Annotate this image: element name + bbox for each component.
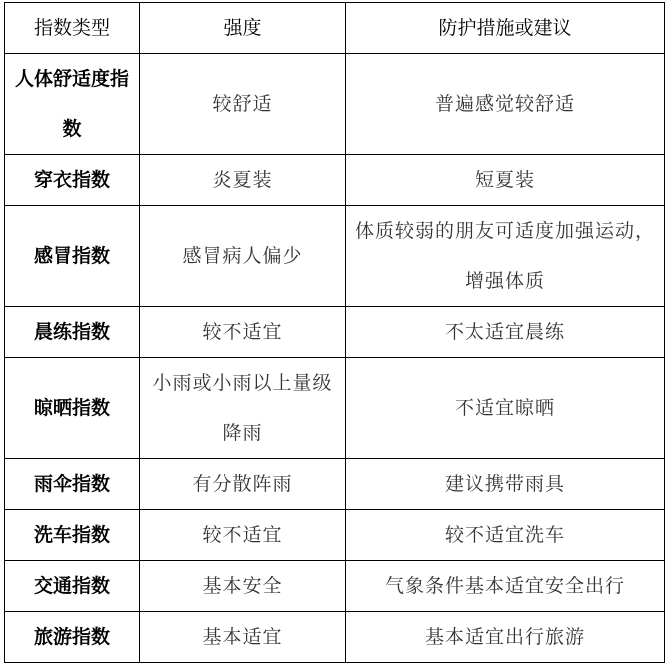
intensity-cell: 较不适宜 <box>140 510 346 561</box>
index-type-cell: 洗车指数 <box>5 510 140 561</box>
table-row: 交通指数 基本安全 气象条件基本适宜安全出行 <box>5 561 665 612</box>
intensity-cell: 基本安全 <box>140 561 346 612</box>
index-type-cell: 旅游指数 <box>5 612 140 663</box>
index-type-cell: 交通指数 <box>5 561 140 612</box>
intensity-cell: 较不适宜 <box>140 307 346 358</box>
advice-cell: 不太适宜晨练 <box>346 307 665 358</box>
table-row: 晨练指数 较不适宜 不太适宜晨练 <box>5 307 665 358</box>
advice-cell: 基本适宜出行旅游 <box>346 612 665 663</box>
weather-index-table: 指数类型 强度 防护措施或建议 人体舒适度指数 较舒适 普遍感觉较舒适 穿衣指数… <box>4 2 665 663</box>
intensity-cell: 炎夏装 <box>140 155 346 206</box>
intensity-cell: 有分散阵雨 <box>140 459 346 510</box>
advice-cell: 气象条件基本适宜安全出行 <box>346 561 665 612</box>
intensity-cell: 基本适宜 <box>140 612 346 663</box>
intensity-cell: 小雨或小雨以上量级降雨 <box>140 358 346 459</box>
table-row: 雨伞指数 有分散阵雨 建议携带雨具 <box>5 459 665 510</box>
table-row: 洗车指数 较不适宜 较不适宜洗车 <box>5 510 665 561</box>
advice-cell: 较不适宜洗车 <box>346 510 665 561</box>
table-row: 感冒指数 感冒病人偏少 体质较弱的朋友可适度加强运动，增强体质 <box>5 206 665 307</box>
index-type-cell: 人体舒适度指数 <box>5 54 140 155</box>
table-row: 晾晒指数 小雨或小雨以上量级降雨 不适宜晾晒 <box>5 358 665 459</box>
intensity-cell: 感冒病人偏少 <box>140 206 346 307</box>
advice-cell: 短夏装 <box>346 155 665 206</box>
advice-cell: 体质较弱的朋友可适度加强运动，增强体质 <box>346 206 665 307</box>
table-row: 旅游指数 基本适宜 基本适宜出行旅游 <box>5 612 665 663</box>
index-type-cell: 穿衣指数 <box>5 155 140 206</box>
index-type-cell: 晾晒指数 <box>5 358 140 459</box>
intensity-cell: 较舒适 <box>140 54 346 155</box>
header-advice: 防护措施或建议 <box>346 3 665 54</box>
index-type-cell: 雨伞指数 <box>5 459 140 510</box>
table-row: 穿衣指数 炎夏装 短夏装 <box>5 155 665 206</box>
index-type-cell: 感冒指数 <box>5 206 140 307</box>
index-type-cell: 晨练指数 <box>5 307 140 358</box>
header-index-type: 指数类型 <box>5 3 140 54</box>
advice-cell: 不适宜晾晒 <box>346 358 665 459</box>
advice-cell: 建议携带雨具 <box>346 459 665 510</box>
header-row: 指数类型 强度 防护措施或建议 <box>5 3 665 54</box>
table-row: 人体舒适度指数 较舒适 普遍感觉较舒适 <box>5 54 665 155</box>
advice-cell: 普遍感觉较舒适 <box>346 54 665 155</box>
header-intensity: 强度 <box>140 3 346 54</box>
